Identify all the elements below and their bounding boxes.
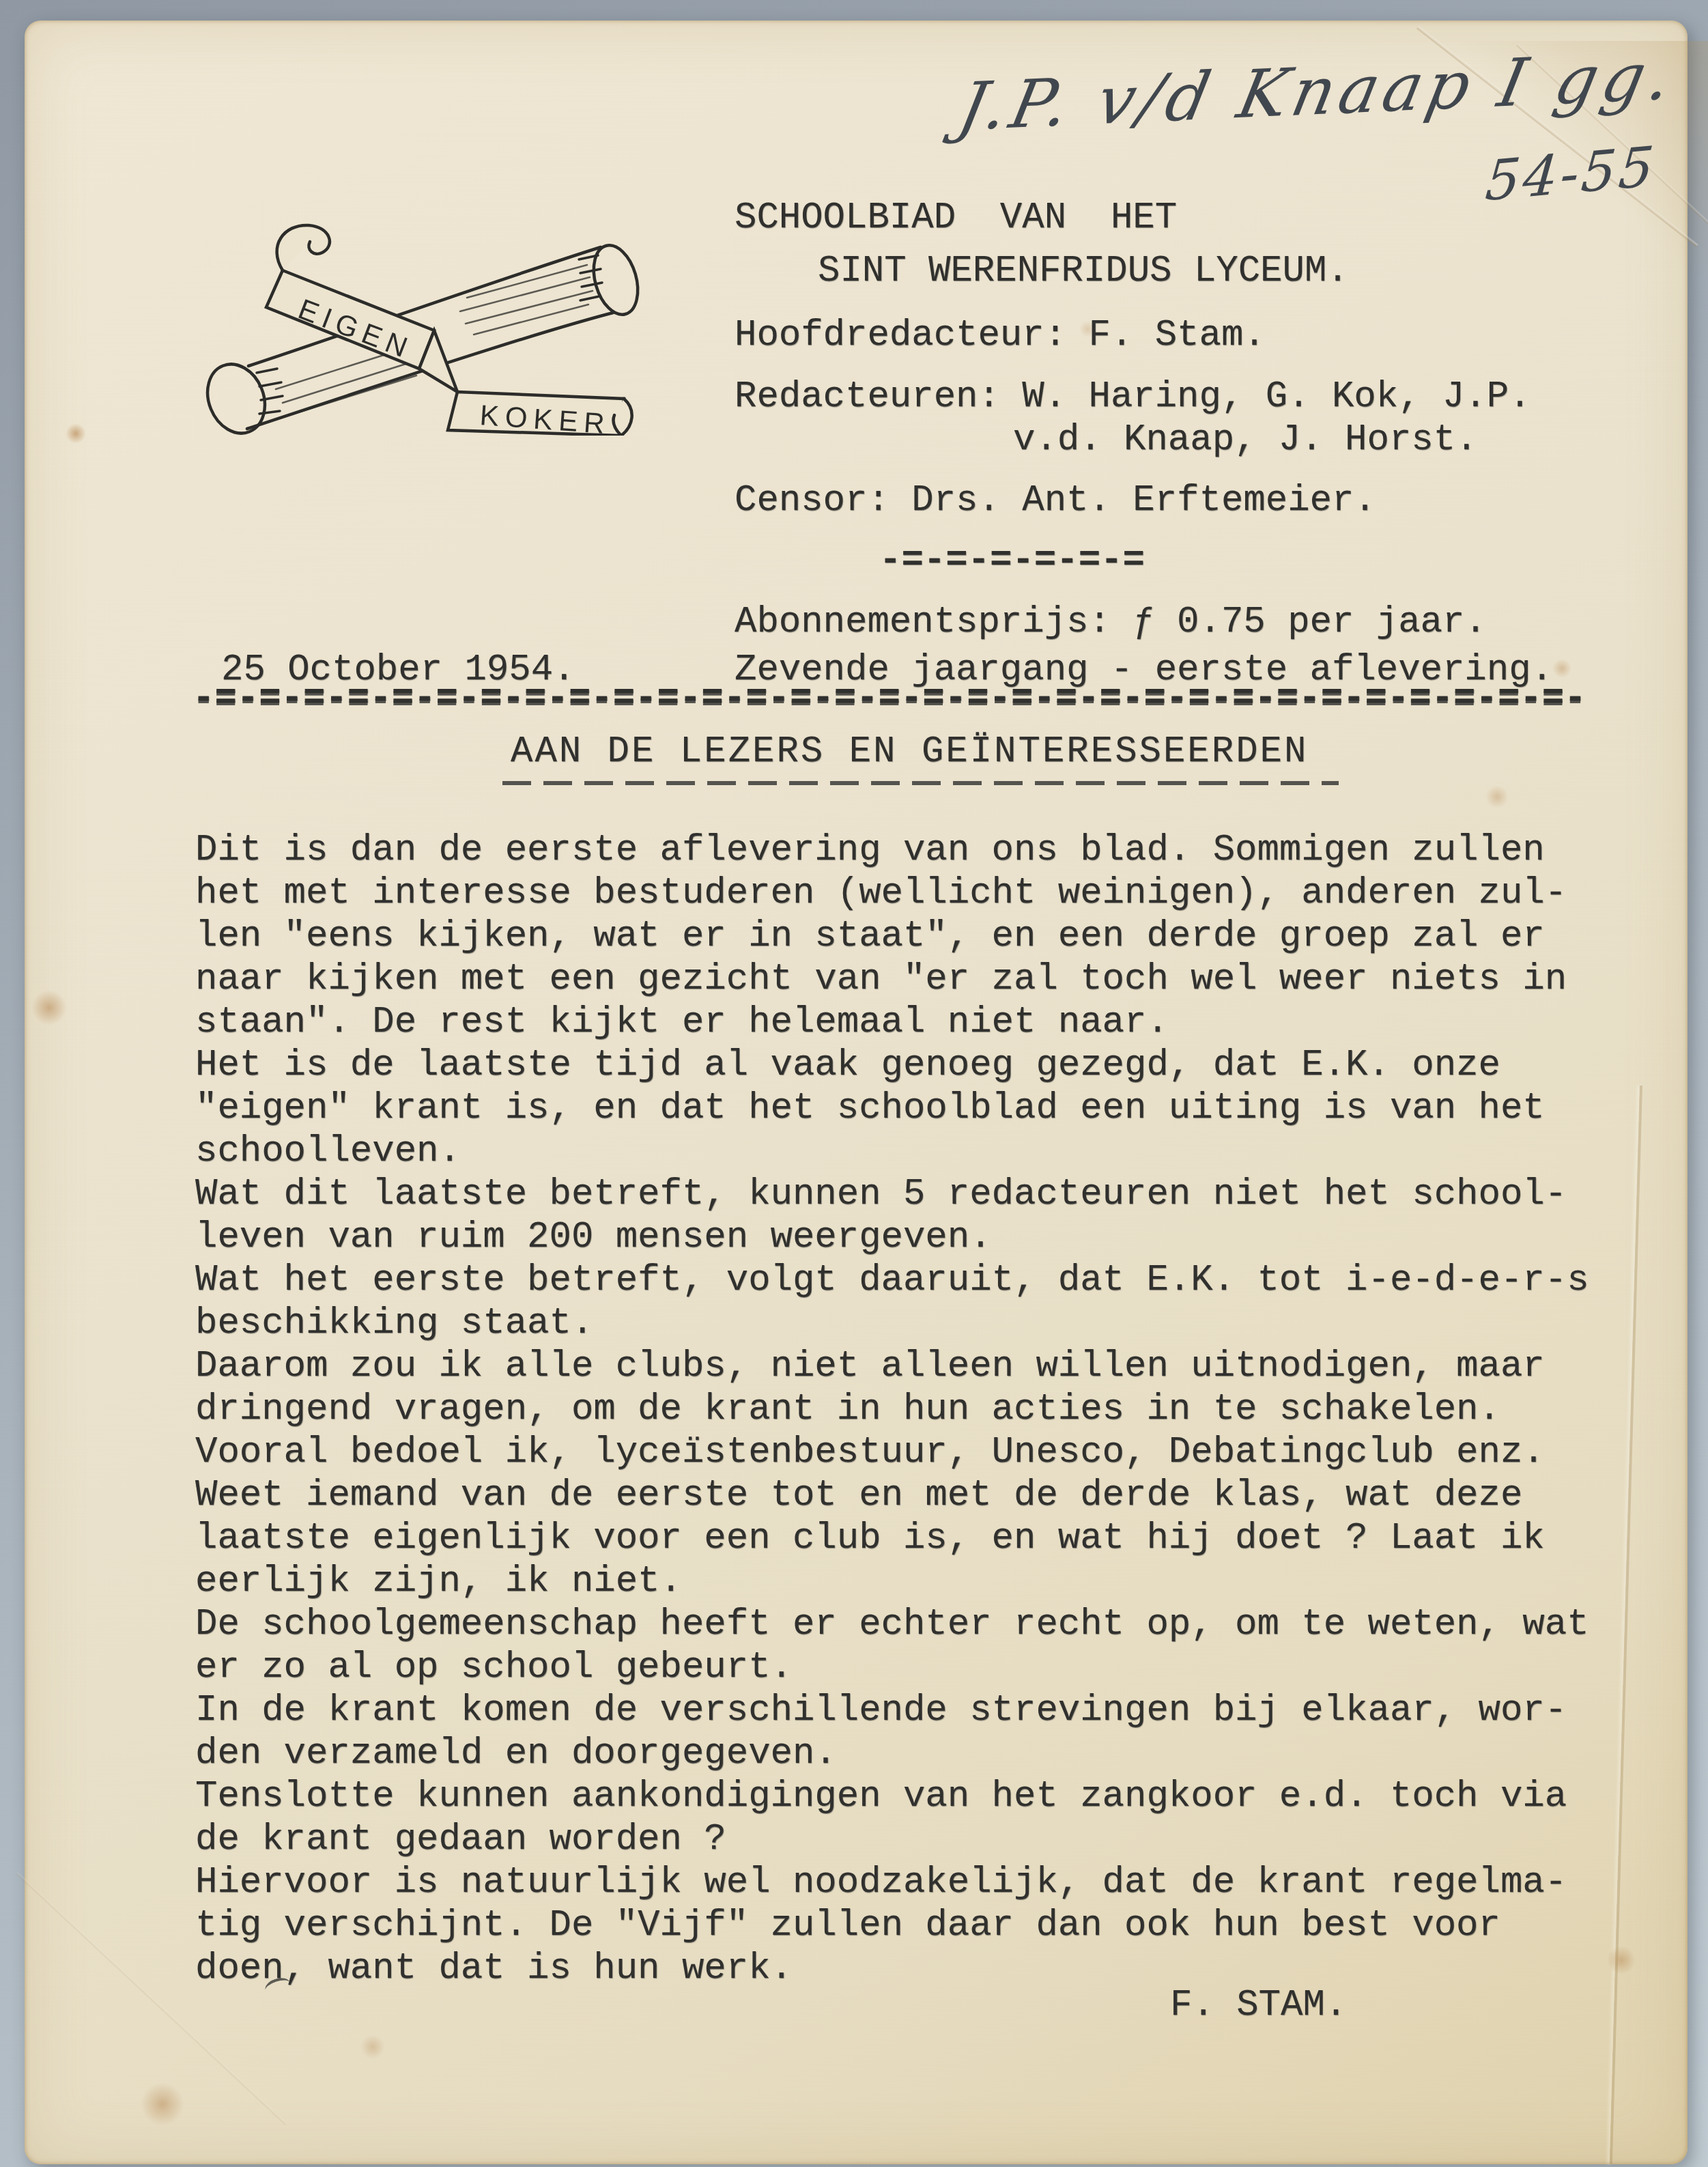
masthead-editors-line2: v.d. Knaap, J. Horst. [1013, 419, 1478, 462]
scanned-document: J.P. v/d Knaap I gg. 54-55 [0, 0, 1708, 2167]
masthead-divider-full: -=-=-=-=-=-=-=-=-=-=-=-=-=-=-=-=-=-=-=-=… [193, 677, 1586, 720]
article-signature: F. STAM. [1170, 1984, 1347, 2027]
article-body: Dit is dan de eerste aflevering van ons … [195, 829, 1649, 1990]
paper-sheet: J.P. v/d Knaap I gg. 54-55 [25, 20, 1688, 2164]
masthead-censor: Censor: Drs. Ant. Erftemeier. [735, 479, 1376, 522]
foxing-spot [1485, 785, 1509, 808]
masthead-divider-small: -=-=-=-=-=-= [879, 539, 1145, 582]
masthead-schoolblad-line2: SINT WERENFRIDUS LYCEUM. [818, 250, 1349, 293]
masthead-chief-editor: Hoofdredacteur: F. Stam. [735, 314, 1266, 357]
foxing-spot [360, 2035, 385, 2059]
article-title: AAN DE LEZERS EN GEÏNTERESSEERDEN [511, 731, 1308, 774]
masthead-editors-line1: Redacteuren: W. Haring, G. Kok, J.P. [735, 376, 1531, 419]
article-title-underline [502, 781, 1339, 785]
foxing-spot [31, 990, 67, 1025]
masthead-schoolblad-line1: SCHOOLBIAD VAN HET [735, 197, 1177, 240]
masthead-subscription: Abonnementsprijs: ƒ 0.75 per jaar. [735, 601, 1487, 644]
foxing-spot [1552, 659, 1571, 678]
foxing-spot [141, 2082, 184, 2126]
foxing-spot [66, 423, 86, 444]
eigen-koker-logo: EIGEN KOKER [180, 190, 658, 436]
